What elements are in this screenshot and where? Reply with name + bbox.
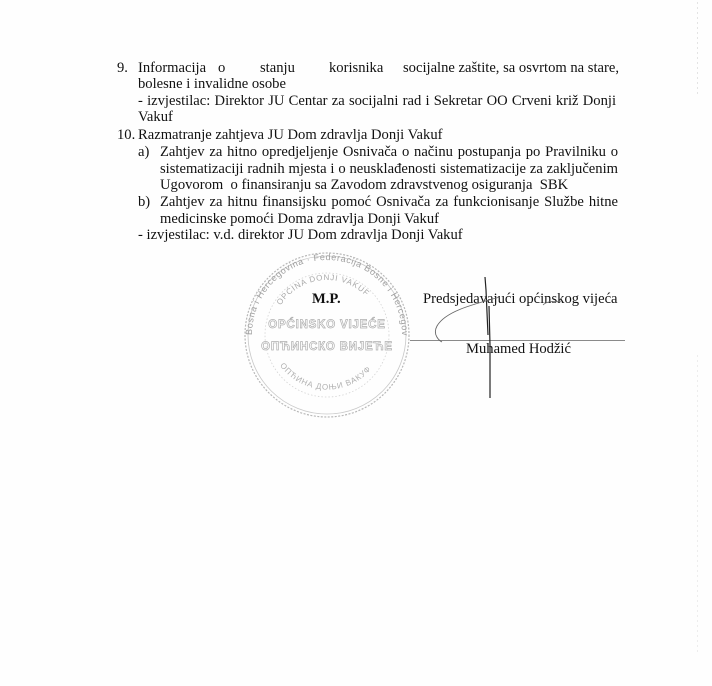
stamp-center-cyrillic: ОПЋИНСКО ВИЈЕЋЕ <box>261 341 393 353</box>
subitem-a-line-1: Zahtjev za hitno opredjeljenje Osnivača … <box>160 144 618 161</box>
stamp-center-latin: OPĆINSKO VIJEĆE <box>268 318 385 331</box>
subitem-label: b) <box>138 194 150 211</box>
subitem-a-line-3: Ugovorom o finansiranju sa Zavodom zdrav… <box>160 177 568 194</box>
signatory-title: Predsjedavajući općinskog vijeća <box>423 291 618 308</box>
signatory-name: Muhamed Hodžić <box>466 341 571 358</box>
scan-artifact <box>697 355 698 655</box>
subitem-label: a) <box>138 144 149 161</box>
official-stamp: Bosna i Hercegovina · Federacija Bosne i… <box>238 250 416 420</box>
word: socijalne zaštite, sa osvrtom na stare, <box>403 60 619 77</box>
word: korisnika <box>329 60 383 77</box>
item-number: 9. <box>117 60 128 77</box>
subitem-b-line-2: medicinske pomoći Doma zdravlja Donji Va… <box>160 211 439 228</box>
item-9-line-2: bolesne i invalidne osobe <box>138 76 286 93</box>
scan-artifact <box>697 2 698 97</box>
stamp-mp-label: M.P. <box>312 291 341 308</box>
subitem-a-line-2: sistematizaciji radnih mjesta i o neuskl… <box>160 161 618 178</box>
item-number: 10. <box>117 127 135 144</box>
word: stanju <box>260 60 295 77</box>
word: Informacija <box>138 60 206 77</box>
svg-text:ОПЋИНА ДОЊИ ВАКУФ: ОПЋИНА ДОЊИ ВАКУФ <box>278 361 373 392</box>
item-9-reporter: - izvjestilac: Direktor JU Centar za soc… <box>138 93 616 110</box>
word: o <box>218 60 225 77</box>
stamp-bottom-text: ОПЋИНА ДОЊИ ВАКУФ <box>278 361 373 392</box>
item-10-title: Razmatranje zahtjeva JU Dom zdravlja Don… <box>138 127 442 144</box>
subitem-b-line-1: Zahtjev za hitnu finansijsku pomoć Osniv… <box>160 194 618 211</box>
document-page: 9. Informacija o stanju korisnika socija… <box>0 0 712 686</box>
item-9-reporter-cont: Vakuf <box>138 109 173 126</box>
item-10-reporter: - izvjestilac: v.d. direktor JU Dom zdra… <box>138 227 463 244</box>
